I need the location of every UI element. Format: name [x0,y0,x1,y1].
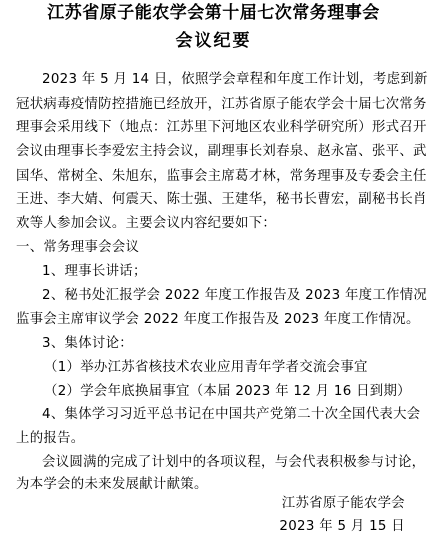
closing-paragraph-continued: 为本学会的未来发展献计献策。 [16,475,208,495]
agenda-item-2-continued: 监事会主席审议学会 2022 年度工作报告及 2023 年度工作情况。 [16,310,420,330]
document-title: 江苏省原子能农学会第十届七次常务理事会 [0,3,427,23]
agenda-item-3: 3、集体讨论： [42,334,133,354]
agenda-subitem-1: （1）举办江苏省核技术农业应用青年学者交流会事宜 [44,358,368,378]
meeting-minutes-document: 江苏省原子能农学会第十届七次常务理事会 会议纪要 2023 年 5 月 14 日… [0,0,427,540]
document-subtitle: 会议纪要 [0,31,427,51]
closing-paragraph: 会议圆满的完成了计划中的各项议程，与会代表积极参与讨论， [42,453,425,473]
signature-organization: 江苏省原子能农学会 [282,494,405,514]
intro-line: 冠状病毒疫情防控措施已经放开，江苏省原子能农学会十届七次常务 [16,95,427,115]
intro-line: 王进、李大婧、何震天、陈士强、王建华，秘书长曹宏，副秘书长肖 [16,190,427,210]
agenda-item-1: 1、理事长讲话； [42,262,147,282]
intro-line: 欢等人参加会议。主要会议内容纪要如下： [16,214,276,234]
intro-line: 会议由理事长李爱宏主持会议，副理事长刘春泉、赵永富、张平、武 [16,142,427,162]
intro-line: 2023 年 5 月 14 日，依照学会章程和年度工作计划，考虑到新型 [42,70,427,90]
intro-line: 理事会采用线下（地点：江苏里下河地区农业科学研究所）形式召开。 [16,118,427,138]
agenda-item-2: 2、秘书处汇报学会 2022 年度工作报告及 2023 年度工作情况； [42,286,427,306]
signature-date: 2023 年 5 月 15 日 [279,517,405,537]
agenda-item-4: 4、集体学习习近平总书记在中国共产党第二十次全国代表大会 [42,405,420,425]
section-heading: 一、常务理事会会议 [16,238,139,258]
agenda-item-4-continued: 上的报告。 [16,429,84,449]
agenda-subitem-2: （2）学会年底换届事宜（本届 2023 年 12 月 16 日到期） [44,382,411,402]
intro-line: 国华、常树全、朱旭东，监事会主席葛才林，常务理事及专委会主任 [16,167,427,187]
